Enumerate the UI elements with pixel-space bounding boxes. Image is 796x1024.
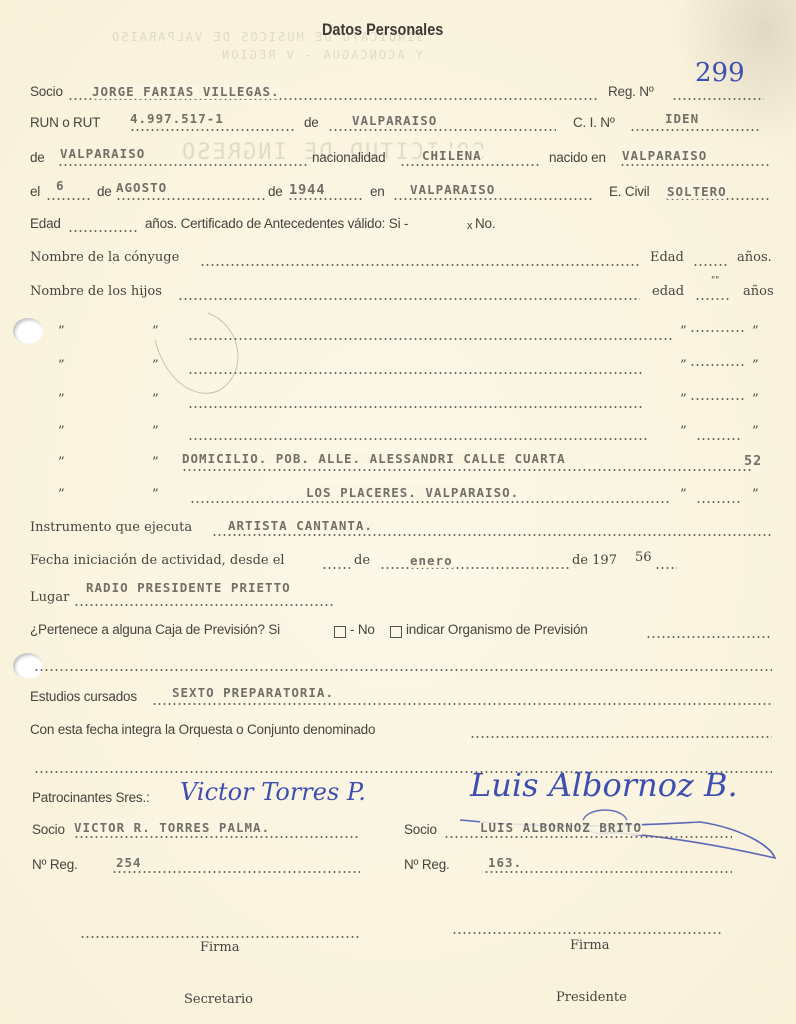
conyuge-anos-label: años.	[737, 250, 772, 265]
birth-day-value[interactable]: 6	[56, 178, 65, 193]
birth-month-value[interactable]: AGOSTO	[116, 180, 167, 195]
document-title: Datos Personales	[322, 20, 443, 40]
row-origin: de VALPARAISO nacionalidad CHILENA nacid…	[0, 150, 796, 172]
instrumento-value[interactable]: ARTISTA CANTANTA.	[228, 518, 373, 533]
ci-no-label: C. I. Nº	[573, 115, 615, 130]
row-caja-prevision: ¿Pertenece a alguna Caja de Previsión? S…	[0, 622, 796, 644]
ditto-mark: ”	[752, 392, 759, 407]
dotted-line[interactable]	[188, 338, 673, 340]
estudios-value[interactable]: SEXTO PREPARATORIA.	[172, 685, 334, 700]
dotted-line	[444, 836, 732, 838]
ditto-mark: ”	[680, 487, 687, 502]
dotted-line	[672, 98, 764, 100]
nacido-en-value[interactable]: VALPARAISO	[622, 148, 707, 163]
dotted-line	[690, 398, 746, 400]
bleed-through-text: Y ACONCAGUA - V REGION	[220, 48, 423, 62]
ditto-row: ” ” ” ”	[0, 424, 796, 446]
socio-value[interactable]: JORGE FARIAS VILLEGAS.	[92, 84, 280, 99]
hijos-edad-value: ""	[711, 276, 719, 286]
sponsor-left-socio-label: Socio	[32, 822, 65, 837]
dotted-line	[328, 129, 556, 131]
dotted-line[interactable]	[693, 264, 728, 266]
dotted-line	[182, 469, 752, 471]
dotted-line	[152, 703, 772, 705]
row-organismo-cont	[0, 655, 796, 677]
dotted-line	[630, 129, 760, 131]
fecha-de-label: de	[354, 553, 370, 568]
dotted-line	[400, 164, 540, 166]
certificado-no-label: No.	[475, 216, 495, 231]
dotted-line[interactable]	[188, 406, 643, 408]
secretario-firma-label: Firma	[200, 940, 239, 955]
presidente-firma-label: Firma	[570, 938, 609, 953]
sponsor-right-reg-value[interactable]: 163.	[488, 855, 522, 870]
ditto-mark: ”	[58, 324, 65, 339]
row-orquesta: Con esta fecha integra la Orquesta o Con…	[0, 722, 796, 744]
sponsor-left-reg-label: Nº Reg.	[32, 857, 78, 872]
presidente-role: Presidente	[556, 990, 627, 1005]
lugar-label: Lugar	[30, 590, 69, 605]
en-label: en	[370, 184, 385, 199]
signature-victor-torres: Victor Torres P.	[180, 778, 366, 806]
de-city-label: de	[30, 150, 45, 165]
dotted-line	[112, 871, 360, 873]
fecha-anio-value[interactable]: 56	[635, 550, 652, 565]
domicilio-number[interactable]: 52	[744, 453, 762, 469]
instrumento-label: Instrumento que ejecuta	[30, 520, 192, 535]
row-instrumento: Instrumento que ejecuta ARTISTA CANTANTA…	[0, 520, 796, 542]
dotted-line[interactable]	[188, 438, 648, 440]
ditto-mark: ”	[152, 455, 159, 470]
run-label: RUN o RUT	[30, 115, 100, 130]
dotted-line[interactable]	[646, 636, 770, 638]
row-edad: Edad años. Certificado de Antecedentes v…	[0, 216, 796, 238]
sponsor-right-socio-label: Socio	[404, 822, 437, 837]
de-city-value[interactable]: VALPARAISO	[60, 146, 145, 161]
dotted-line[interactable]	[322, 567, 350, 569]
row-hijos: Nombre de los hijos edad "" años	[0, 284, 796, 306]
ditto-mark: ”	[58, 487, 65, 502]
run-value[interactable]: 4.997.517-1	[130, 111, 224, 126]
ditto-mark: ”	[58, 392, 65, 407]
run-de-label: de	[304, 115, 319, 130]
dotted-line	[74, 836, 360, 838]
dotted-line	[288, 198, 363, 200]
organismo-label: indicar Organismo de Previsión	[406, 622, 588, 637]
ditto-mark: ”	[58, 424, 65, 439]
ci-no-value[interactable]: IDEN	[665, 111, 699, 126]
dotted-line	[690, 364, 746, 366]
dotted-line[interactable]	[178, 298, 640, 300]
ditto-mark: ”	[680, 324, 687, 339]
ditto-mark: ”	[752, 324, 759, 339]
patrocinantes-label: Patrocinantes Sres.:	[32, 790, 150, 805]
row-estudios: Estudios cursados SEXTO PREPARATORIA.	[0, 689, 796, 711]
row-sponsor-socio: Socio VICTOR R. TORRES PALMA. Socio LUIS…	[0, 822, 796, 844]
dotted-line	[696, 438, 741, 440]
dotted-line	[46, 198, 90, 200]
address-value[interactable]: LOS PLACERES. VALPARAISO.	[306, 485, 519, 500]
ditto-mark: ”	[752, 424, 759, 439]
dotted-line	[74, 604, 334, 606]
ditto-mark: ”	[152, 424, 159, 439]
dotted-line[interactable]	[200, 264, 640, 266]
dotted-line[interactable]	[188, 372, 643, 374]
paper-stain	[140, 310, 250, 400]
estado-civil-label: E. Civil	[609, 184, 649, 199]
ditto-mark: ”	[58, 455, 65, 470]
sponsor-right-socio-value[interactable]: LUIS ALBORNOZ BRITO	[480, 820, 642, 835]
nacionalidad-label: nacionalidad	[312, 150, 385, 165]
run-de-value[interactable]: VALPARAISO	[352, 113, 437, 128]
certificado-mark[interactable]: x	[467, 220, 472, 232]
sponsor-left-reg-value[interactable]: 254	[116, 855, 142, 870]
dotted-line[interactable]	[34, 669, 772, 671]
secretario-signature-line[interactable]	[80, 936, 360, 938]
de-anio-label: de	[268, 184, 283, 199]
dotted-line[interactable]	[470, 736, 772, 738]
hijos-edad-label: edad	[652, 284, 684, 299]
row-birthdate: el 6 de AGOSTO de 1944 en VALPARAISO E. …	[0, 184, 796, 206]
domicilio-value[interactable]: DOMICILIO. POB. ALLE. ALESSANDRI CALLE C…	[182, 451, 566, 466]
secretario-role: Secretario	[184, 992, 253, 1007]
dotted-line[interactable]	[695, 298, 730, 300]
row-run: RUN o RUT 4.997.517-1 de VALPARAISO C. I…	[0, 115, 796, 137]
hijos-anos-label: años	[743, 284, 774, 299]
caja-no-label: - No	[350, 622, 375, 637]
conyuge-label: Nombre de la cónyuge	[30, 250, 179, 265]
estudios-label: Estudios cursados	[30, 689, 137, 704]
conyuge-edad-label: Edad	[650, 250, 684, 265]
presidente-signature-line[interactable]	[452, 932, 722, 934]
dotted-line	[393, 198, 593, 200]
dotted-line	[116, 198, 266, 200]
dotted-line	[380, 567, 570, 569]
row-sponsor-reg: Nº Reg. 254 Nº Reg. 163.	[0, 857, 796, 879]
caja-no-checkbox[interactable]	[390, 626, 402, 638]
fecha-mes-value[interactable]: enero	[410, 553, 453, 568]
ditto-row: ” ” ” ”	[0, 358, 796, 380]
nacido-en-label: nacido en	[549, 150, 606, 165]
ditto-mark: ”	[152, 487, 159, 502]
ditto-mark: ”	[752, 487, 759, 502]
nacionalidad-value[interactable]: CHILENA	[422, 148, 482, 163]
dotted-line	[68, 230, 138, 232]
caja-prevision-label: ¿Pertenece a alguna Caja de Previsión? S…	[30, 622, 280, 637]
sponsor-right-reg-label: Nº Reg.	[404, 857, 450, 872]
ditto-row: ” ” ” ”	[0, 324, 796, 346]
dotted-line	[484, 871, 732, 873]
ditto-mark: ”	[752, 358, 759, 373]
estado-civil-value[interactable]: SOLTERO	[667, 184, 727, 199]
orquesta-label: Con esta fecha integra la Orquesta o Con…	[30, 722, 375, 737]
dotted-line	[696, 501, 741, 503]
hijos-label: Nombre de los hijos	[30, 284, 162, 299]
el-label: el	[30, 184, 40, 199]
row-socio: Socio JORGE FARIAS VILLEGAS. Reg. Nº 299	[0, 84, 796, 106]
reg-no-label: Reg. Nº	[608, 84, 654, 99]
de-mes-label: de	[97, 184, 112, 199]
ditto-mark: ”	[680, 424, 687, 439]
row-lugar: Lugar RADIO PRESIDENTE PRIETTO	[0, 590, 796, 612]
dotted-line	[212, 534, 772, 536]
ditto-row-domicilio: ” ” DOMICILIO. POB. ALLE. ALESSANDRI CAL…	[0, 455, 796, 477]
ditto-mark: ”	[58, 358, 65, 373]
dotted-line	[130, 129, 295, 131]
birth-year-value[interactable]: 1944	[289, 182, 326, 198]
edad-label: Edad	[30, 216, 61, 231]
socio-label: Socio	[30, 84, 63, 99]
row-fecha-inicio: Fecha iniciación de actividad, desde el …	[0, 553, 796, 575]
row-conyuge: Nombre de la cónyuge Edad años.	[0, 250, 796, 272]
ditto-row: ” ” ” ”	[0, 392, 796, 414]
ditto-mark: ”	[680, 358, 687, 373]
certificado-label: años. Certificado de Antecedentes válido…	[145, 216, 408, 231]
dotted-line	[655, 567, 677, 569]
en-value[interactable]: VALPARAISO	[410, 182, 495, 197]
dotted-line	[620, 164, 770, 166]
reg-number-handwritten: 299	[695, 58, 745, 88]
lugar-value[interactable]: RADIO PRESIDENTE PRIETTO	[86, 580, 291, 595]
fecha-inicio-label: Fecha iniciación de actividad, desde el	[30, 553, 285, 568]
ditto-row-address: ” ” LOS PLACERES. VALPARAISO. ” ”	[0, 487, 796, 509]
dotted-line	[58, 164, 308, 166]
caja-si-checkbox[interactable]	[334, 626, 346, 638]
dotted-line	[690, 330, 746, 332]
dotted-line	[190, 501, 670, 503]
fecha-anio-label: de 197	[572, 553, 617, 568]
sponsor-left-socio-value[interactable]: VICTOR R. TORRES PALMA.	[74, 820, 270, 835]
ditto-mark: ”	[680, 392, 687, 407]
